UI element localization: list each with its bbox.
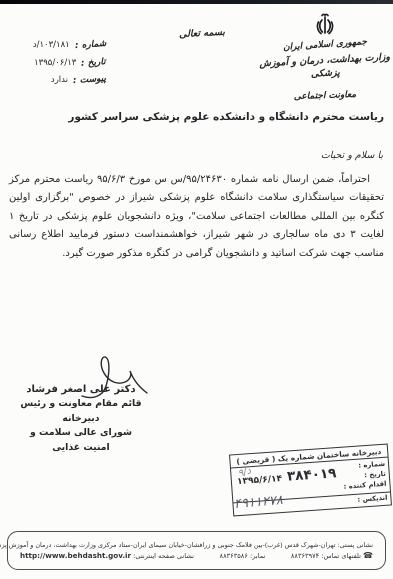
handwritten-signature [79, 351, 151, 403]
letterhead-org-block: جمهوری اسلامی ایران وزارت بهداشت، درمان … [259, 12, 391, 101]
footer-phone-value: ۸۸۳۶۳۹۷۴ [291, 552, 319, 560]
field-number-value: د/۱۰۳/۱۸۱ [33, 40, 70, 50]
salutation-line: با سلام و تحیات [321, 150, 383, 161]
field-attachment: پیوست : ندارد [6, 75, 106, 93]
footer-phone-label: تلفنهای تماس: [321, 552, 361, 560]
bismillah-text: بسمه تعالی [172, 26, 232, 40]
footer-address: نشانی پستی: تهران-شهرک قدس (غرب)-بین فلا… [20, 541, 373, 549]
footer-web-group: نشانی صفحه اینترنتی: http://www.behdasht… [20, 551, 194, 560]
footer-fax-value: ۸۸۳۶۳۵۸۶ [220, 552, 248, 560]
footer-web-label: نشانی صفحه اینترنتی: [133, 552, 194, 560]
letter-meta-fields: شماره : د/۱۰۳/۱۸۱ تاریخ : ۱۳۹۵/۰۶/۱۳ پیو… [6, 40, 106, 93]
org-ministry-line: وزارت بهداشت، درمان و آموزش پزشکی [258, 51, 391, 84]
stamp-labels: شماره : تاریخ : اقدام کننده : [339, 458, 387, 492]
footer-fax-label: نمابر: [250, 552, 265, 560]
field-date-label: تاریخ : [81, 57, 106, 69]
field-attachment-value: ندارد [51, 75, 68, 85]
footer-phone-group: ☎ تلفنهای تماس: ۸۸۳۶۳۹۷۴ [291, 551, 373, 560]
footer-fax-group: نمابر: ۸۸۳۶۳۵۸۶ [220, 552, 266, 560]
scanned-letter-page: جمهوری اسلامی ایران وزارت بهداشت، درمان … [0, 0, 393, 579]
footer-contact-box: نشانی پستی: تهران-شهرک قدس (غرب)-بین فلا… [7, 531, 386, 570]
signature-block: دکتر علی اصغر فرشاد قائم مقام معاونت و ر… [17, 382, 145, 455]
recipient-line: ریاست محترم دانشگاه و دانشکده علوم پزشکی… [10, 111, 384, 123]
stamp-number-value: ۳۸۴۰۱۹ [286, 465, 336, 484]
field-number: شماره : د/۱۰۳/۱۸۱ [6, 40, 106, 58]
stamp-actor-label: اقدام کننده : [340, 479, 386, 490]
iran-emblem-icon [313, 12, 337, 38]
scan-artifact-top [0, 0, 393, 4]
footer-url: http://www.behdasht.gov.ir [20, 551, 131, 560]
field-date: تاریخ : ۱۳۹۵/۰۶/۱۳ [6, 58, 106, 76]
field-date-value: ۱۳۹۵/۰۶/۱۳ [34, 58, 76, 68]
signatory-title-2: شورای عالی سلامت و امنیت غذایی [17, 426, 145, 455]
field-number-label: شماره : [74, 39, 106, 51]
phone-icon: ☎ [363, 551, 373, 560]
letter-body-paragraph: احتراماً، ضمن ارسال نامه شماره ۹۵/۲۴۶۳۰/… [9, 171, 384, 263]
org-deputy-line: معاونت اجتماعی [259, 89, 391, 104]
field-attachment-label: پیوست : [73, 74, 107, 86]
footer-contacts: ☎ تلفنهای تماس: ۸۸۳۶۳۹۷۴ نمابر: ۸۸۳۶۳۵۸۶… [20, 551, 373, 560]
stamp-index-label: اندیکس : [357, 494, 388, 504]
